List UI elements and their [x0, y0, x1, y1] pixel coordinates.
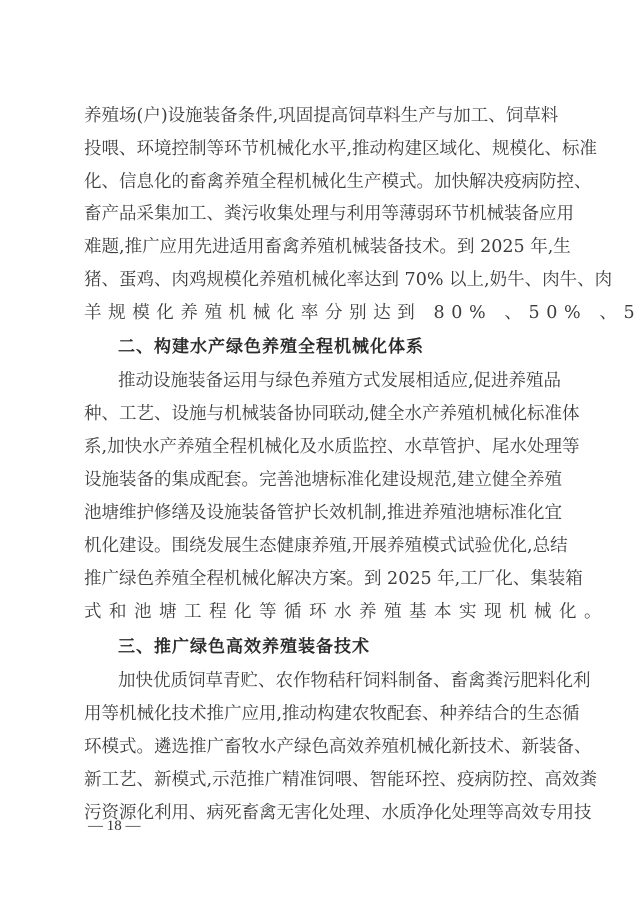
paragraph-line: 投喂、环境控制等环节机械化水平,推动构建区域化、规模化、标准 — [84, 133, 558, 166]
paragraph-line: 池塘维护修缮及设施装备管护长效机制,推进养殖池塘标准化宜 — [84, 497, 558, 530]
paragraph-line: 机化建设。围绕发展生态健康养殖,开展养殖模式试验优化,总结 — [84, 530, 558, 563]
section-heading-3: 三、推广绿色高效养殖装备技术 — [118, 631, 370, 664]
paragraph-line: 式和池塘工程化等循环水养殖基本实现机械化。 — [84, 596, 558, 629]
paragraph-line: 环模式。遴选推广畜牧水产绿色高效养殖机械化新技术、新装备、 — [84, 731, 558, 764]
paragraph-line: 新工艺、新模式,示范推广精准饲喂、智能环控、疫病防控、高效粪 — [84, 764, 558, 797]
paragraph-line: 推动设施装备运用与绿色养殖方式发展相适应,促进养殖品 — [118, 365, 558, 398]
paragraph-line: 畜产品采集加工、粪污收集处理与利用等薄弱环节机械装备应用 — [84, 198, 558, 231]
paragraph-line: 种、工艺、设施与机械装备协同联动,健全水产养殖机械化标准体 — [84, 398, 558, 431]
page-number: — 18 — — [88, 818, 141, 835]
paragraph-line: 推广绿色养殖全程机械化解决方案。到 2025 年,工厂化、集装箱 — [84, 563, 558, 596]
paragraph-line: 设施装备的集成配套。完善池塘标准化建设规范,建立健全养殖 — [84, 464, 558, 497]
paragraph-line: 系,加快水产养殖全程机械化及水质监控、水草管护、尾水处理等 — [84, 431, 558, 464]
paragraph-line: 加快优质饲草青贮、农作物秸秆饲料制备、畜禽粪污肥料化利 — [118, 665, 558, 698]
paragraph-line: 羊规模化养殖机械化率分别达到 80% 、50% 、50% 以上。 — [84, 297, 558, 330]
paragraph-line: 养殖场(户)设施装备条件,巩固提高饲草料生产与加工、饲草料 — [84, 100, 558, 133]
paragraph-line: 污资源化利用、病死畜禽无害化处理、水质净化处理等高效专用技 — [84, 797, 558, 830]
paragraph-line: 猪、蛋鸡、肉鸡规模化养殖机械化率达到 70% 以上,奶牛、肉牛、肉 — [84, 264, 558, 297]
paragraph-line: 化、信息化的畜禽养殖全程机械化生产模式。加快解决疫病防控、 — [84, 166, 558, 199]
section-heading-2: 二、构建水产绿色养殖全程机械化体系 — [118, 331, 424, 364]
paragraph-line: 难题,推广应用先进适用畜禽养殖机械装备技术。到 2025 年,生 — [84, 231, 558, 264]
document-page: 养殖场(户)设施装备条件,巩固提高饲草料生产与加工、饲草料 投喂、环境控制等环节… — [0, 0, 640, 905]
paragraph-line: 用等机械化技术推广应用,推动构建农牧配套、种养结合的生态循 — [84, 698, 558, 731]
